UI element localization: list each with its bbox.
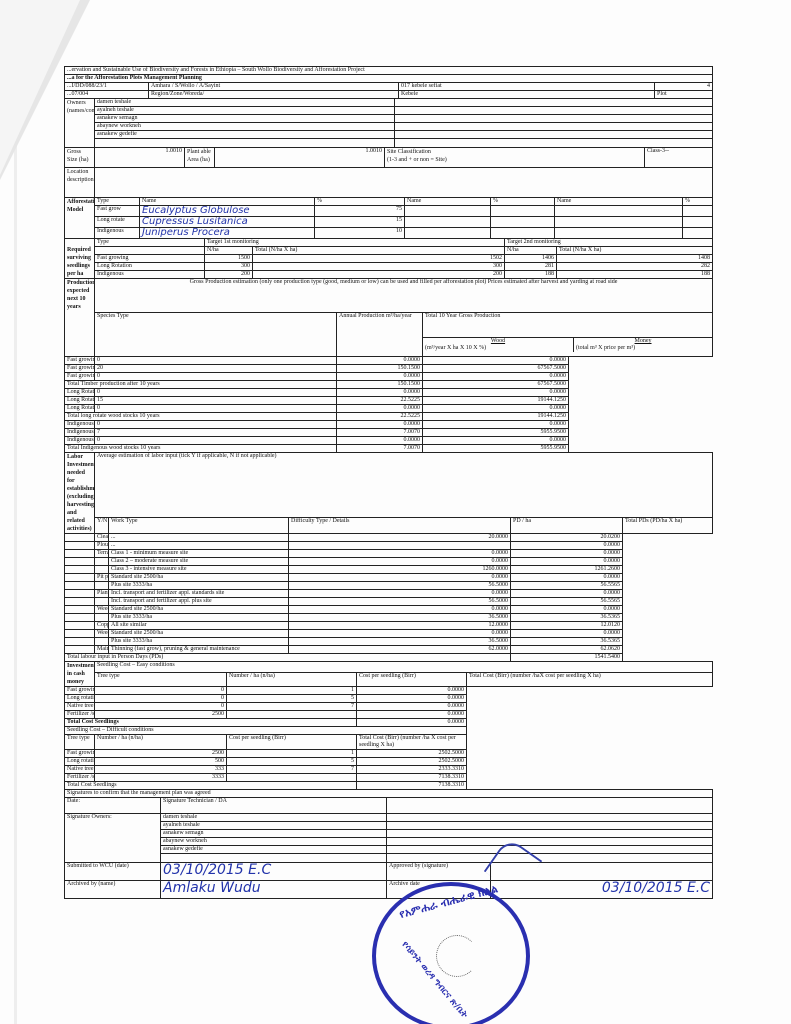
table-row: Fast growing1500150214061408 — [65, 255, 713, 263]
total-pds: 56.5565 — [511, 582, 623, 590]
owner-name: damen teshale — [95, 99, 395, 107]
difficulty-detail: Plus site 3333/ha — [109, 582, 289, 590]
annual-header: Annual Production m³/ha/year — [337, 313, 423, 357]
col-header: Cost per seedling (Birr) — [357, 673, 467, 687]
cost-per-seedling: 5 — [227, 758, 357, 766]
species-pct: 15 — [315, 217, 405, 228]
table-row: Incl. transport and fertilizer appl. plu… — [65, 598, 713, 606]
total-pds: 36.5365 — [511, 614, 623, 622]
col-header: Cost per seedling (Birr) — [227, 735, 357, 750]
wood-value: 0.0000 — [337, 405, 423, 413]
total-pds: 36.5365 — [511, 638, 623, 646]
approved-label: Approved by (signature) — [387, 863, 491, 881]
yn-checkbox[interactable] — [65, 614, 95, 622]
signature-owner: damen teshale — [161, 814, 387, 822]
species-total: Total long rotate wood stocks 10 years — [65, 413, 337, 421]
total-cost: 0.0000 — [357, 695, 467, 703]
pd-per-ha: 36.5000 — [289, 614, 511, 622]
table-row: Coppice managementAll site similar12.000… — [65, 622, 713, 630]
model-type: Long rotate — [95, 217, 140, 228]
difficulty-detail: All site similar — [109, 622, 289, 630]
yn-checkbox[interactable] — [65, 622, 95, 630]
archived-by-label: Archived by (name) — [65, 881, 161, 899]
yn-checkbox[interactable] — [65, 638, 95, 646]
number-per-ha: 0 — [95, 687, 227, 695]
yn-checkbox[interactable] — [65, 550, 95, 558]
table-row: Long rotation50052502.5000 — [65, 758, 713, 766]
cost-per-seedling — [227, 711, 357, 719]
total-pds: 0.0000 — [511, 574, 623, 582]
owner-name: asnakew semagn — [95, 115, 395, 123]
species-type: Indigenous trees (medium) — [65, 429, 95, 437]
col-header: Name — [555, 198, 683, 206]
cost-per-seedling: 5 — [227, 695, 357, 703]
table-row: Long Rotation300300281282 — [65, 263, 713, 271]
production-note: Gross Production estimation (only one pr… — [95, 279, 713, 313]
species-type: Fast growing (low) — [65, 373, 95, 381]
money-value: 19144.1250 — [423, 413, 569, 421]
total-pds: 0.0000 — [511, 550, 623, 558]
total-pds: 0.0000 — [511, 542, 623, 550]
yn-checkbox[interactable] — [65, 606, 95, 614]
tree-type: Long rotation — [65, 695, 95, 703]
annual-production: 0 — [95, 421, 337, 429]
cell: 1500 — [205, 255, 253, 263]
date-label: Date: — [65, 798, 161, 814]
plantable-value: 1.0010 — [215, 148, 385, 168]
pd-per-ha: 56.5000 — [289, 598, 511, 606]
species-pct: 75 — [315, 206, 405, 217]
col-header: PD / ha — [511, 518, 623, 534]
total-pds: 0.0000 — [511, 606, 623, 614]
money-value: 0.0000 — [423, 357, 569, 365]
wood-value: 7.0070 — [337, 429, 423, 437]
wood-value: 22.5225 — [337, 397, 423, 405]
table-row: Weeding year 2-5Standard site 2500/ha0.0… — [65, 630, 713, 638]
difficulty-detail: Incl. transport and fertilizer appl. sta… — [109, 590, 289, 598]
col-header: Type — [95, 239, 205, 247]
afforestation-form: ...ervation and Sustainable Use of Biodi… — [64, 66, 712, 899]
submitted-label: Submitted to WCU (date) — [65, 863, 161, 881]
work-type: Ploughing — [95, 542, 109, 550]
pd-per-ha: 0.0000 — [289, 590, 511, 598]
annual-production: 0 — [95, 405, 337, 413]
number-per-ha: 3333 — [95, 774, 227, 782]
scanned-page: ...ervation and Sustainable Use of Biodi… — [0, 0, 791, 1024]
total-pds: 12.0120 — [511, 622, 623, 630]
wood-value: 0.0000 — [337, 373, 423, 381]
col-header: Tree type — [65, 735, 95, 750]
table-row: Plus site 3333/ha36.500036.5365 — [65, 614, 713, 622]
title-line-1: ...ervation and Sustainable Use of Biodi… — [65, 67, 713, 75]
species-type: Long Rotation (low) — [65, 405, 95, 413]
cell: 281 — [505, 263, 557, 271]
col-header: Total PDs (PD/ha X ha) — [623, 518, 713, 534]
annual-production: 0 — [95, 389, 337, 397]
kebele-value: 017 kebele sefiat — [399, 83, 655, 91]
money-value: 0.0000 — [423, 389, 569, 397]
work-type: Weeding year 2-5 — [95, 630, 109, 638]
yn-checkbox[interactable] — [65, 574, 95, 582]
cost-per-seedling: 7 — [227, 703, 357, 711]
col-header: Total (N/ha X ha) — [253, 247, 505, 255]
pd-per-ha: 20.0000 — [289, 534, 511, 542]
owner-name: abaynew workneh — [95, 123, 395, 131]
table-row: Native tree070.0000 — [65, 703, 713, 711]
difficulty-detail: ... — [109, 534, 289, 542]
difficulty-detail: Standard site 2500/ha — [109, 606, 289, 614]
pd-per-ha: 0.0000 — [289, 558, 511, 566]
pd-per-ha: 1260.0000 — [289, 566, 511, 574]
yn-checkbox[interactable] — [65, 566, 95, 574]
seedling-type: Long Rotation — [95, 263, 205, 271]
pd-per-ha: 0.0000 — [289, 630, 511, 638]
cell: 300 — [205, 263, 253, 271]
yn-checkbox[interactable] — [65, 646, 95, 654]
wood-value: 150.1500 — [337, 365, 423, 373]
tree-type: Fast growing — [65, 687, 95, 695]
archived-by-value-handwritten: Amlaku Wudu — [161, 881, 387, 899]
page-shadow — [14, 120, 17, 1024]
annual-production: 0 — [95, 357, 337, 365]
work-type — [95, 558, 109, 566]
total-pds: 56.5565 — [511, 598, 623, 606]
species-header: Species Type — [95, 313, 337, 357]
required-seedlings-label: Required surviving seedlings per ha — [65, 239, 95, 279]
species-type: Fast growing (good) — [65, 357, 95, 365]
gross-size-value: 1.0010 — [95, 148, 185, 168]
col-header: Work Type — [109, 518, 289, 534]
owners-table: Owners (names/contacts) damen teshale ay… — [64, 98, 713, 148]
col-header: Target 1st monitoring — [205, 239, 505, 247]
table-row: PlantingIncl. transport and fertilizer a… — [65, 590, 713, 598]
seedling-cost-table: Investment in cash money Seedling Cost –… — [64, 661, 713, 790]
submitted-value-handwritten: 03/10/2015 E.C — [161, 863, 387, 881]
signature-owner: asnakew gedefie — [161, 846, 387, 854]
money-value: 0.0000 — [423, 421, 569, 429]
work-type: Pit preparation — [95, 574, 109, 582]
col-header: Total Cost (Birr) (number /ha X cost per… — [357, 735, 467, 750]
yn-checkbox[interactable] — [65, 598, 95, 606]
annual-production: 15 — [95, 397, 337, 405]
wood-value: 0.0000 — [337, 357, 423, 365]
seedling-easy-title: Seedling Cost – Easy conditions — [95, 662, 713, 673]
tree-type: Native tree — [65, 766, 95, 774]
money-value: 5955.9500 — [423, 429, 569, 437]
yn-checkbox[interactable] — [65, 590, 95, 598]
production-label: Production expected next 10 years — [65, 279, 95, 357]
difficulty-detail: Class 3 - intensive measure site — [109, 566, 289, 574]
difficulty-detail: Class 2 – moderate measure site — [109, 558, 289, 566]
table-row: Weeding year 1Standard site 2500/ha0.000… — [65, 606, 713, 614]
signature-owner: asnakew semagn — [161, 830, 387, 838]
table-row: Indigenous trees (good)00.00000.0000 — [65, 421, 713, 429]
table-row: Class 3 - intensive measure site1260.000… — [65, 566, 713, 574]
folded-corner-highlight — [0, 0, 80, 175]
wood-value: 150.1500 — [337, 381, 423, 389]
col-header: % — [491, 198, 555, 206]
work-type — [95, 566, 109, 574]
species-pct: 10 — [315, 228, 405, 239]
pd-per-ha: 0.0000 — [289, 574, 511, 582]
tree-type: Fertilizer /seedling — [65, 711, 95, 719]
afforestation-model-label: Afforestation Model — [65, 198, 95, 239]
easy-total-label: Total Cost Seedlings — [65, 719, 357, 727]
model-type: Fast grow — [95, 206, 140, 217]
owner-name: asnakew gedefie — [95, 131, 395, 139]
signatures-table: Signatures to confirm that the managemen… — [64, 789, 713, 899]
work-type — [95, 582, 109, 590]
table-row: Fertilizer /seedling33337138.3310 — [65, 774, 713, 782]
work-type: Coppice management — [95, 622, 109, 630]
total-pds: 62.0620 — [511, 646, 623, 654]
work-type: Maintenance — [95, 646, 109, 654]
tree-type: Native tree — [65, 703, 95, 711]
signatures-intro: Signatures to confirm that the managemen… — [65, 790, 713, 798]
wood-value: 0.0000 — [337, 437, 423, 445]
number-per-ha: 0 — [95, 703, 227, 711]
total-pds: 0.0000 — [511, 558, 623, 566]
table-row: Fast growing (medium)20150.150067567.500… — [65, 365, 713, 373]
wood-value: 0.0000 — [337, 421, 423, 429]
table-row: Long Rotation (low)00.00000.0000 — [65, 405, 713, 413]
col-header: % — [683, 198, 713, 206]
table-row: Terracing, Water harvestingClass 1 - min… — [65, 550, 713, 558]
pd-per-ha — [289, 542, 511, 550]
annual-production: 7 — [95, 429, 337, 437]
model-type: Indigenous — [95, 228, 140, 239]
money-value: 0.0000 — [423, 405, 569, 413]
table-row: Fast growing (low)00.00000.0000 — [65, 373, 713, 381]
total-cost: 0.0000 — [357, 687, 467, 695]
table-row: Plus site 3333/ha36.500036.5365 — [65, 638, 713, 646]
table-row: Class 2 – moderate measure site0.00000.0… — [65, 558, 713, 566]
labor-label: Labor Investments needed for establishme… — [65, 453, 95, 534]
col-header: Total Cost (Birr) (number /haX cost per … — [467, 673, 713, 687]
col-header: N/ha — [505, 247, 557, 255]
table-row: Ploughing...0.0000 — [65, 542, 713, 550]
table-row: Clearing...20.000020.0200 — [65, 534, 713, 542]
table-row: MaintenanceThinning (fast grow), pruning… — [65, 646, 713, 654]
yn-checkbox[interactable] — [65, 558, 95, 566]
work-type — [95, 614, 109, 622]
table-row: Pit preparationStandard site 2500/ha0.00… — [65, 574, 713, 582]
col-header: % — [315, 198, 405, 206]
col-header: Name — [140, 198, 315, 206]
cell: 300 — [253, 263, 505, 271]
table-row: Indigenous trees (low)00.00000.0000 — [65, 437, 713, 445]
pd-per-ha: 0.0000 — [289, 550, 511, 558]
total-pds: 0.0000 — [511, 590, 623, 598]
annual-production: 0 — [95, 437, 337, 445]
cell: 282 — [557, 263, 713, 271]
species-total: Total Timber production after 10 years — [65, 381, 337, 389]
title-line-2: ...a for the Afforestation Plots Managem… — [65, 75, 713, 83]
species-name-handwritten: Eucalyptus Globulose — [140, 206, 315, 217]
annual-production: 20 — [95, 365, 337, 373]
plot-value: 4 — [655, 83, 713, 91]
cost-per-seedling: 7 — [227, 766, 357, 774]
location-value — [95, 168, 713, 198]
col-header: N/ha — [205, 247, 253, 255]
technician-label: Signature Technician / DA — [161, 798, 387, 814]
plantable-label: Plant able Area (ha) — [185, 148, 215, 168]
money-value: 0.0000 — [423, 373, 569, 381]
money-value: 67567.5000 — [423, 381, 569, 389]
cell: 1502 — [253, 255, 505, 263]
tree-type: Long rotation — [65, 758, 95, 766]
col-header: Tree type — [95, 673, 227, 687]
stamp-emblem-icon — [436, 935, 478, 977]
money-header: Money — [576, 338, 710, 345]
site-table: Gross Size (ha) 1.0010 Plant able Area (… — [64, 147, 713, 198]
table-row: IndigenousJuniperus Procera10 — [65, 228, 713, 239]
pd-per-ha: 0.0000 — [289, 606, 511, 614]
yn-checkbox[interactable] — [65, 542, 95, 550]
pd-per-ha: 56.5000 — [289, 582, 511, 590]
table-row: Indigenous trees (medium)77.00705955.950… — [65, 429, 713, 437]
number-per-ha: 0 — [95, 695, 227, 703]
species-type: Indigenous trees (low) — [65, 437, 95, 445]
site-class-sub: (1-3 and + or non = Site) — [387, 157, 447, 163]
required-seedlings-table: Required surviving seedlings per ha Type… — [64, 238, 713, 279]
col-header: Target 2nd monitoring — [505, 239, 713, 247]
total-header: Total 10 Year Gross Production — [423, 313, 712, 338]
table-row: Total long rotate wood stocks 10 years22… — [65, 413, 713, 421]
total-cost: 2502.5000 — [357, 750, 467, 758]
signature-owner: abaynew workneh — [161, 838, 387, 846]
site-class-value: Class-3-- — [645, 148, 713, 168]
total-cost: 2502.5000 — [357, 758, 467, 766]
work-type: Planting — [95, 590, 109, 598]
site-class-label: Site Classification — [387, 149, 431, 155]
total-cost: 0.0000 — [357, 703, 467, 711]
yn-checkbox[interactable] — [65, 630, 95, 638]
species-type: Long Rotation (good) — [65, 389, 95, 397]
difficulty-detail: Plus site 3333/ha — [109, 614, 289, 622]
table-row: Total Timber production after 10 years15… — [65, 381, 713, 389]
difficulty-detail: Incl. transport and fertilizer appl. plu… — [109, 598, 289, 606]
species-name-handwritten: Juniperus Procera — [140, 228, 315, 239]
easy-total-value: 0.0000 — [357, 719, 467, 727]
total-cost: 2333.3310 — [357, 766, 467, 774]
cost-per-seedling: 1 — [227, 750, 357, 758]
wood-sub: (m³/year X ha X 10 X %) — [425, 345, 571, 352]
difficulty-detail: Standard site 2500/ha — [109, 574, 289, 582]
afforestation-model-table: Afforestation Model Type Name % Name % N… — [64, 197, 713, 239]
table-row: Plus site 3333/ha56.500056.5565 — [65, 582, 713, 590]
region-value: Amhara / S/Wollo / A/Sayint — [149, 83, 399, 91]
species-type: Fast growing (medium) — [65, 365, 95, 373]
total-pds: 20.0200 — [511, 534, 623, 542]
difficulty-detail: Standard site 2500/ha — [109, 630, 289, 638]
work-type: Terracing, Water harvesting — [95, 550, 109, 558]
seedling-type: Fast growing — [95, 255, 205, 263]
pd-per-ha: 12.0000 — [289, 622, 511, 630]
table-row: Fast growing250012502.5000 — [65, 750, 713, 758]
species-name-handwritten: Cupressus Lusitanica — [140, 217, 315, 228]
total-pds: 0.0000 — [511, 630, 623, 638]
pd-per-ha: 36.5000 — [289, 638, 511, 646]
pd-per-ha: 62.0000 — [289, 646, 511, 654]
seedling-difficult-title: Seedling Cost – Difficult conditions — [65, 727, 467, 735]
owner-name: ayalneh teshale — [95, 107, 395, 115]
species-type: Long Rotation (medium) — [65, 397, 95, 405]
table-row: Long Rotation (medium)1522.522519144.125… — [65, 397, 713, 405]
total-pds: 1261.2600 — [511, 566, 623, 574]
table-row: Long rotateCupressus Lusitanica15 — [65, 217, 713, 228]
table-row: Long Rotation (good)00.00000.0000 — [65, 389, 713, 397]
investment-label: Investment in cash money — [65, 662, 95, 687]
table-row: Fast growing (good)00.00000.0000 — [65, 357, 713, 365]
number-per-ha: 333 — [95, 766, 227, 774]
tree-type: Fast growing — [65, 750, 95, 758]
signature-owner: ayalneh teshale — [161, 822, 387, 830]
labor-table: Labor Investments needed for establishme… — [64, 452, 713, 662]
col-header: Total (N/ha X ha) — [557, 247, 713, 255]
yn-checkbox[interactable] — [65, 534, 95, 542]
annual-production: 0 — [95, 373, 337, 381]
money-value: 67567.5000 — [423, 365, 569, 373]
money-sub: (total m³ X price per m³) — [576, 345, 710, 352]
table-row: Fast growing010.0000 — [65, 687, 713, 695]
table-row: Fertilizer /seedling25000.0000 — [65, 711, 713, 719]
table-row: Native tree33372333.3310 — [65, 766, 713, 774]
col-header: Difficulty Type / Details — [289, 518, 511, 534]
difficulty-detail: ... — [109, 542, 289, 550]
col-header: Type — [95, 198, 140, 206]
production-table: Production expected next 10 years Gross … — [64, 278, 713, 453]
difficulty-detail: Thinning (fast grow), pruning & general … — [109, 646, 289, 654]
col-header: Number / ha (n/ha) — [95, 735, 227, 750]
work-type — [95, 598, 109, 606]
money-value: 19144.1250 — [423, 397, 569, 405]
total-cost: 7138.3310 — [357, 774, 467, 782]
total-cost: 0.0000 — [357, 711, 467, 719]
cell: 1408 — [557, 255, 713, 263]
number-per-ha: 2500 — [95, 711, 227, 719]
yn-checkbox[interactable] — [65, 582, 95, 590]
table-row: Long rotation050.0000 — [65, 695, 713, 703]
money-value: 0.0000 — [423, 437, 569, 445]
labor-intro: Average estimation of labor input (tick … — [95, 453, 713, 518]
species-type: Indigenous trees (good) — [65, 421, 95, 429]
cost-per-seedling — [227, 774, 357, 782]
table-row: Fast growEucalyptus Globulose75 — [65, 206, 713, 217]
wood-value: 0.0000 — [337, 389, 423, 397]
difficulty-detail: Plus site 3333/ha — [109, 638, 289, 646]
tree-type: Fertilizer /seedling — [65, 774, 95, 782]
number-per-ha: 500 — [95, 758, 227, 766]
work-type: Weeding year 1 — [95, 606, 109, 614]
work-type: Clearing — [95, 534, 109, 542]
col-header: Name — [405, 198, 491, 206]
number-per-ha: 2500 — [95, 750, 227, 758]
wood-value: 22.5225 — [337, 413, 423, 421]
cost-per-seedling: 1 — [227, 687, 357, 695]
col-header: Y/N — [95, 518, 109, 534]
col-header: Number / ha (n/ha) — [227, 673, 357, 687]
difficulty-detail: Class 1 - minimum measure site — [109, 550, 289, 558]
header-table: ...ervation and Sustainable Use of Biodi… — [64, 66, 713, 99]
work-type — [95, 638, 109, 646]
cell: 1406 — [505, 255, 557, 263]
wood-header: Wood — [425, 338, 571, 345]
owners-signature-label: Signature Owners: — [65, 814, 161, 863]
